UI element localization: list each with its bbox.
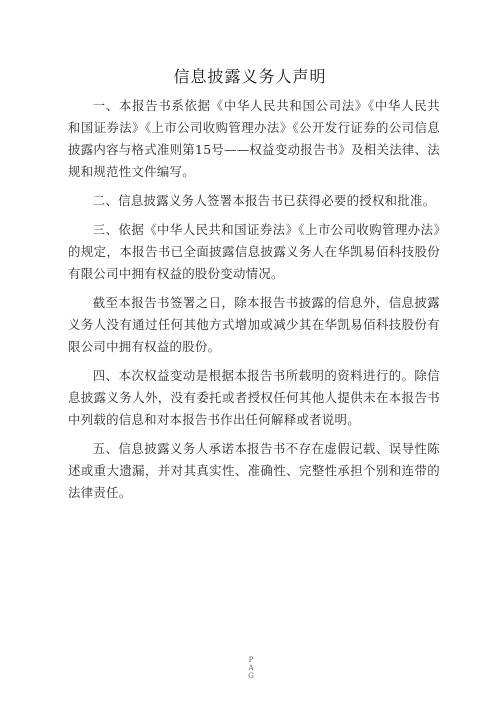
document-page: 信息披露义务人声明 一、本报告书系依据《中华人民共和国公司法》《中华人民共和国证… <box>0 0 500 707</box>
document-title: 信息披露义务人声明 <box>0 64 500 87</box>
paragraph-1: 一、本报告书系依据《中华人民共和国公司法》《中华人民共和国证券法》《上市公司收购… <box>68 95 440 183</box>
paragraph-4: 截至本报告书签署之日，除本报告书披露的信息外，信息披露义务人没有通过任何其他方式… <box>68 292 440 358</box>
footer-char: G <box>246 672 256 680</box>
paragraph-2: 二、信息披露义务人签署本报告书已获得必要的授权和批准。 <box>68 190 440 212</box>
footer-char: P <box>246 656 256 664</box>
paragraph-3: 三、依据《中华人民共和国证券法》《上市公司收购管理办法》的规定，本报告书已全面披… <box>68 219 440 285</box>
paragraph-5: 四、本次权益变动是根据本报告书所载明的资料进行的。除信息披露义务人外，没有委托或… <box>68 365 440 431</box>
paragraph-6: 五、信息披露义务人承诺本报告书不存在虚假记载、误导性陈述或重大遗漏，并对其真实性… <box>68 438 440 504</box>
page-footer-mark: P A G <box>246 656 256 680</box>
document-body: 一、本报告书系依据《中华人民共和国公司法》《中华人民共和国证券法》《上市公司收购… <box>68 95 440 511</box>
footer-char: A <box>246 664 256 672</box>
